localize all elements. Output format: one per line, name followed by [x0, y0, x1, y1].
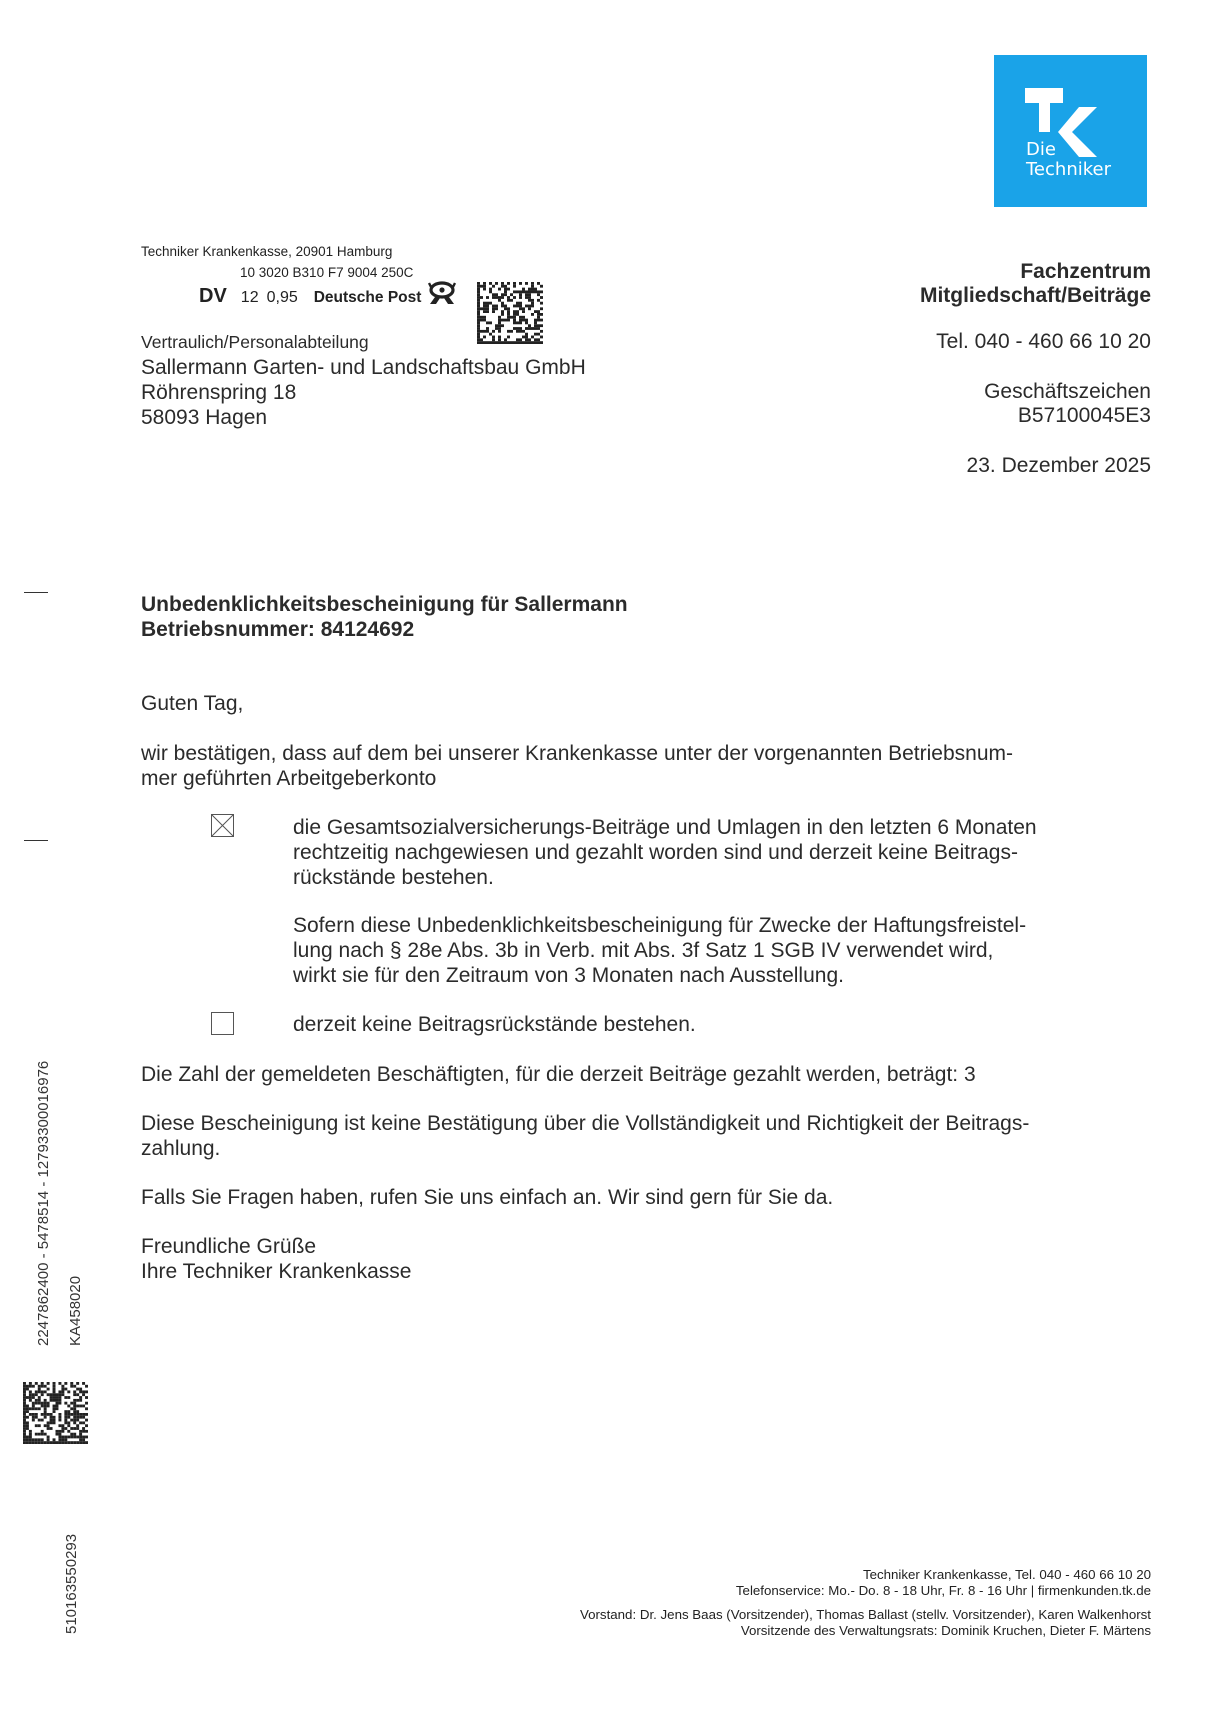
footer-line: Vorstand: Dr. Jens Baas (Vorsitzender), … [580, 1607, 1151, 1623]
logo-line-die: Die [1026, 140, 1111, 160]
option-line: rechtzeitig nachgewiesen und gezahlt wor… [293, 840, 1037, 865]
phone-number: Tel. 040 - 460 66 10 20 [920, 330, 1151, 354]
tracking-number: 2247862400 - 5478514 - 12793300016976 [35, 1061, 52, 1346]
footer-line: Vorsitzende des Verwaltungsrats: Dominik… [580, 1623, 1151, 1639]
recipient-attention: Vertraulich/Personalabteilung [141, 330, 586, 355]
disclaimer: Diese Bescheinigung ist keine Bestätigun… [141, 1111, 1029, 1161]
reference-value: B57100045E3 [920, 404, 1151, 428]
tk-logo: Die Techniker [994, 55, 1147, 207]
document-number: 510163550293 [63, 1534, 80, 1634]
disclaimer-line: Diese Bescheinigung ist keine Bestätigun… [141, 1111, 1029, 1136]
subject-title: Unbedenklichkeitsbescheinigung für Salle… [141, 592, 628, 617]
recipient-company: Sallermann Garten- und Landschaftsbau Gm… [141, 355, 586, 380]
franking-count: 12 [241, 289, 259, 307]
recipient-address: Vertraulich/Personalabteilung Sallermann… [141, 330, 586, 430]
letter-footer: Techniker Krankenkasse, Tel. 040 - 460 6… [580, 1567, 1151, 1639]
logo-wordmark: Die Techniker [1026, 140, 1111, 180]
closing: Freundliche Grüße [141, 1234, 411, 1259]
checkbox-contributions-paid [211, 814, 234, 837]
disclaimer-line: zahlung. [141, 1136, 1029, 1161]
carrier-name: Deutsche Post [314, 289, 422, 307]
logo-line-techniker: Techniker [1026, 160, 1111, 180]
note-line: Sofern diese Unbedenklichkeitsbescheinig… [293, 913, 1026, 938]
letter-subject: Unbedenklichkeitsbescheinigung für Salle… [141, 592, 628, 642]
franking-stamp: DV 12 0,95 Deutsche Post [199, 285, 425, 308]
department-line2: Mitgliedschaft/Beiträge [920, 284, 1151, 308]
fold-mark-top [24, 592, 48, 593]
option-2-text: derzeit keine Beitragsrückstände bestehe… [293, 1012, 696, 1037]
recipient-street: Röhrenspring 18 [141, 380, 586, 405]
footer-line: Telefonservice: Mo.- Do. 8 - 18 Uhr, Fr.… [580, 1583, 1151, 1599]
franking-code: 10 3020 B310 F7 9004 250C [240, 265, 413, 280]
tk-logo-icon [994, 55, 1147, 207]
contact-note: Falls Sie Fragen haben, rufen Sie uns ei… [141, 1185, 833, 1210]
posthorn-icon [428, 281, 456, 310]
letter-date: 23. Dezember 2025 [920, 454, 1151, 478]
department-line1: Fachzentrum [920, 260, 1151, 284]
subject-employer-number: Betriebsnummer: 84124692 [141, 617, 628, 642]
option-1-text: die Gesamtsozialversicherungs-Beiträge u… [293, 815, 1037, 890]
checkbox-no-arrears [211, 1012, 234, 1035]
recipient-city: 58093 Hagen [141, 405, 586, 430]
intro-line: wir bestätigen, dass auf dem bei unserer… [141, 741, 1013, 766]
service-code: DV [199, 285, 227, 308]
option-1-note: Sofern diese Unbedenklichkeitsbescheinig… [293, 913, 1026, 988]
option-line: rückstände bestehen. [293, 865, 1037, 890]
option-line: die Gesamtsozialversicherungs-Beiträge u… [293, 815, 1037, 840]
fold-mark-bottom [24, 840, 48, 841]
ka-code: KA458020 [67, 1276, 84, 1346]
sender-info-block: Fachzentrum Mitgliedschaft/Beiträge Tel.… [920, 260, 1151, 478]
closing-block: Freundliche Grüße Ihre Techniker Kranken… [141, 1234, 411, 1284]
reference-label: Geschäftszeichen [920, 380, 1151, 404]
intro-line: mer geführten Arbeitgeberkonto [141, 766, 1013, 791]
greeting: Guten Tag, [141, 691, 243, 716]
signature: Ihre Techniker Krankenkasse [141, 1259, 411, 1284]
datamatrix-code-icon [23, 1382, 88, 1444]
sender-return-address: Techniker Krankenkasse, 20901 Hamburg [141, 244, 392, 259]
employee-count: Die Zahl der gemeldeten Beschäftigten, f… [141, 1062, 976, 1087]
note-line: lung nach § 28e Abs. 3b in Verb. mit Abs… [293, 938, 1026, 963]
intro-paragraph: wir bestätigen, dass auf dem bei unserer… [141, 741, 1013, 791]
footer-line: Techniker Krankenkasse, Tel. 040 - 460 6… [580, 1567, 1151, 1583]
postage-amount: 0,95 [267, 289, 298, 307]
note-line: wirkt sie für den Zeitraum von 3 Monaten… [293, 963, 1026, 988]
